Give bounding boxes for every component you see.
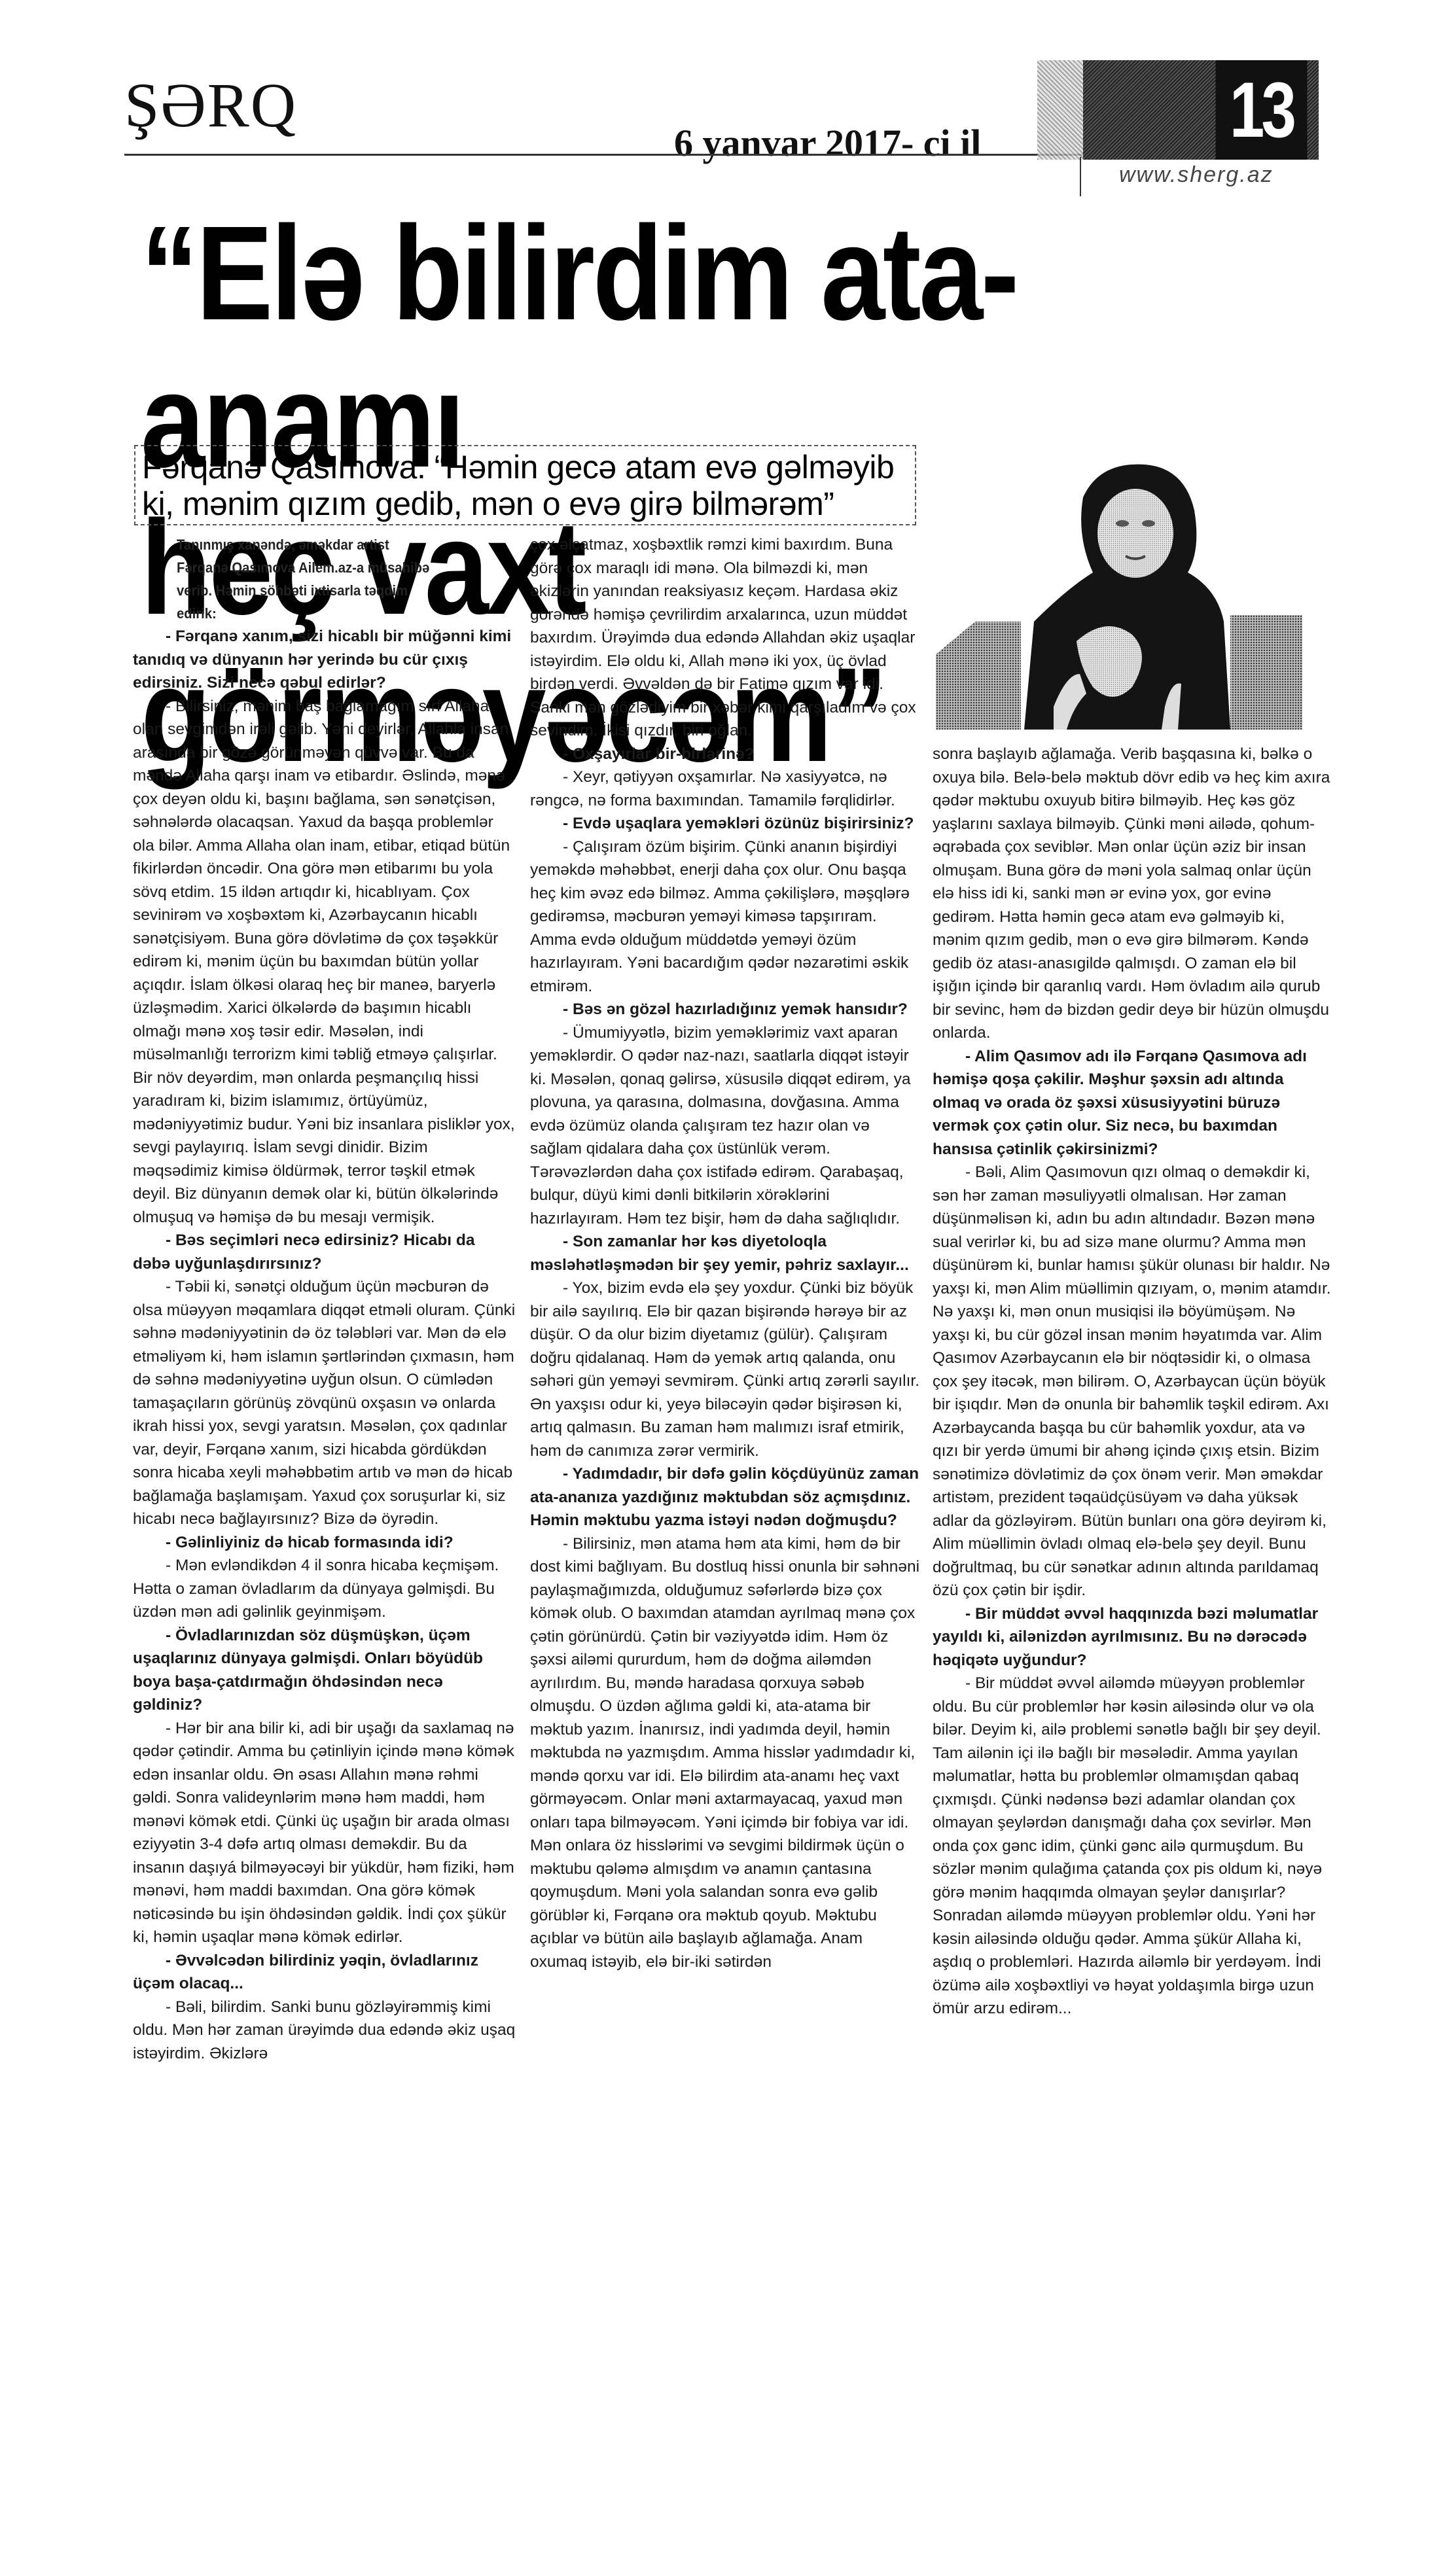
interview-answer: - Xeyr, qətiyyən oxşamırlar. Nə xasiyyət… [530,766,923,812]
article-column-2: çox əlçatmaz, xoşbəxtlik rəmzi kimi baxı… [530,533,923,1973]
interview-answer-continued: sonra başlayıb ağlamağa. Verib başqasına… [933,743,1332,1045]
interview-answer: - Bəli, bilirdim. Sanki bunu gözləyirəmm… [133,1996,516,2066]
interview-answer: - Bilirsiniz, mən atama həm ata kimi, hə… [530,1532,923,1974]
interview-question: - Evdə uşaqlara yeməkləri özünüz bişirir… [530,812,923,836]
subheadline-line-1: Fərqanə Qasımova: “Həmin gecə atam evə g… [142,449,908,485]
interview-answer: - Çalışıram özüm bişirim. Çünki ananın b… [530,836,923,998]
interview-question: - Son zamanlar hər kəs diyetoloqla məslə… [530,1230,923,1277]
interview-answer: - Bəli, Alim Qasımovun qızı olmaq o demə… [933,1161,1332,1602]
interview-question: - Bir müddət əvvəl haqqınızda bəzi məlum… [933,1602,1332,1672]
interview-question: - Gəlinliyiniz də hicab formasında idi? [133,1531,516,1555]
vertical-divider [1080,157,1081,196]
interview-question: - Bəs ən gözəl hazırladığınız yemək hans… [530,998,923,1021]
page-number: 13 [1216,60,1308,160]
interview-answer: - Ümumiyyətlə, bizim yeməklərimiz vaxt a… [530,1021,923,1231]
website-url: www.sherg.az [1119,162,1274,188]
interview-question: - Əvvəlcədən bilirdiniz yəqin, övladları… [133,1949,516,1996]
interview-answer: - Bilirsiniz, mənim baş bağlamağım sırf … [133,695,516,1229]
interview-answer: - Hər bir ana bilir ki, adi bir uşağı da… [133,1717,516,1949]
interview-answer: - Yox, bizim evdə elə şey yoxdur. Çünki … [530,1277,923,1462]
interview-question: - Bəs seçimləri necə edirsiniz? Hicabı d… [133,1229,516,1275]
subheadline-box: Fərqanə Qasımova: “Həmin gecə atam evə g… [134,445,916,525]
issue-date: 6 yanvar 2017- ci il [674,121,981,165]
article-column-1: - Fərqanə xanım, sizi hicablı bir müğənn… [133,625,516,2065]
subheadline-line-2: ki, mənim qızım gedib, mən o evə girə bi… [142,485,908,522]
decorative-shade-band [1037,60,1083,160]
interview-answer-continued: çox əlçatmaz, xoşbəxtlik rəmzi kimi baxı… [530,533,923,743]
article-column-3: sonra başlayıb ağlamağa. Verib başqasına… [933,743,1332,2020]
interview-question: - Alim Qasımov adı ilə Fərqanə Qasımova … [933,1045,1332,1161]
masthead-divider [124,154,1086,156]
portrait-photo-icon [936,458,1302,730]
interview-answer: - Mən evləndikdən 4 il sonra hicaba keçm… [133,1554,516,1624]
article-intro: Tanınmış xanəndə, əməkdar artist Fərqanə… [177,533,442,625]
interview-answer: - Bir müddət əvvəl ailəmdə müəyyən probl… [933,1672,1332,2020]
interview-question: - Övladlarınızdan söz düşmüşkən, üçəm uş… [133,1624,516,1717]
newspaper-name: ŞƏRQ [124,69,297,141]
interviewee-photo [936,458,1302,730]
interview-question: - Fərqanə xanım, sizi hicablı bir müğənn… [133,625,516,695]
interview-answer: - Təbii ki, sənətçi olduğum üçün məcburə… [133,1275,516,1531]
interview-question: - Oxşayırlar bir-birlərinə? [530,743,923,766]
interview-question: - Yadımdadır, bir dəfə gəlin köçdüyünüz … [530,1462,923,1532]
